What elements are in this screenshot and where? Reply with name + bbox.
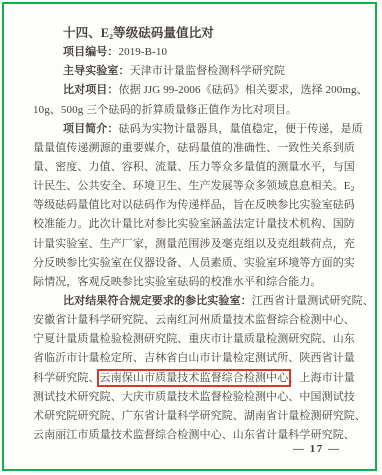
text-segment: 分反映参比实验室在仪器设备、人员素质、实验室环境等方面的实 — [33, 257, 355, 269]
text-line: 量、密度、力值、容积、流量、压力等众多量值的测量水平，与国 — [33, 158, 355, 177]
text-segment: 量、密度、力值、容积、流量、压力等众多量值的测量水平，与国 — [33, 161, 355, 173]
text-line: 比对结果符合规定要求的参比实验室：江西省计量测试研究院、 — [33, 292, 355, 311]
text-segment: 计量实验室、生产厂家，测量范围涉及毫克组以及克组载荷点，充 — [33, 238, 355, 250]
text-line: 安徽省计量科学研究院、云南红河州质量技术监督综合检测中心、 — [33, 311, 355, 330]
text-segment: 校准能力。此次计量比对参比实验室涵盖法定计量技术机构、国防 — [33, 218, 355, 230]
text-segment: 江西省计量测试研究院、 — [252, 295, 374, 307]
text-segment: 、上海市计量 — [288, 372, 355, 384]
text-segment: 项目编号： — [63, 46, 119, 58]
text-segment: 比对项目： — [63, 84, 119, 96]
text-line: 量量值传递溯源的重要媒介，砝码量值的准确性、一致性关系到质 — [33, 139, 355, 158]
text-segment: 科学研究院、 — [33, 372, 100, 384]
text-segment: 10g、500g 三个砝码的折算质量修正值作为比对项目。 — [33, 104, 297, 116]
text-line: 际情况，客观反映参比实验室砝码的校准水平和综合能力。 — [33, 273, 355, 292]
text-segment: 项目简介： — [63, 123, 119, 135]
text-line: 项目简介：砝码为实物计量器具，量值稳定，便于传递，是质 — [33, 120, 355, 139]
document-title: 十四、E2等级砝码量值比对 — [33, 24, 355, 43]
text-line: 10g、500g 三个砝码的折算质量修正值作为比对项目。 — [33, 101, 355, 120]
text-segment: 省临沂市计量检定所、吉林省白山市计量检定测试所、陕西省计量 — [33, 352, 355, 364]
text-segment: 2 — [351, 184, 355, 193]
text-segment: 宁夏计量质量检验检测研究院、重庆市计量质量检测研究院、山东 — [33, 333, 355, 345]
text-line: 比对项目：依据 JJG 99-2006《砝码》相关要求，选择 200mg、 — [33, 81, 355, 100]
text-line: 主导实验室：天津市计量监督检测科学研究院 — [33, 62, 355, 81]
text-segment: 2019-B-10 — [119, 46, 168, 58]
text-line: 省临沂市计量检定所、吉林省白山市计量检定测试所、陕西省计量 — [33, 349, 355, 368]
text-segment: 依据 JJG 99-2006《砝码》相关要求，选择 200mg、 — [119, 84, 368, 96]
text-line: 项目编号：2019-B-10 — [33, 43, 355, 62]
highlight-box: 云南保山市质量技术监督综合检测中心 — [100, 372, 289, 384]
text-line: 等级砝码量值比对以砝码作为传递样品，旨在反映参比实验室砝码 — [33, 196, 355, 215]
text-line: 计民生、公共安全、环境卫生、生产发展等众多领域息息相关。E2 — [33, 177, 355, 196]
text-segment: 际情况，客观反映参比实验室砝码的校准水平和综合能力。 — [33, 276, 322, 288]
text-segment: 主导实验室： — [63, 65, 130, 77]
text-line: 宁夏计量质量检验检测研究院、重庆市计量质量检测研究院、山东 — [33, 330, 355, 349]
text-segment: 十四、E — [63, 26, 109, 40]
text-segment: 等级砝码量值比对以砝码作为传递样品，旨在反映参比实验室砝码 — [33, 199, 355, 211]
text-segment: 等级砝码量值比对 — [113, 26, 214, 40]
text-segment: 砝码为实物计量器具，量值稳定，便于传递，是质 — [119, 123, 363, 135]
scanned-document-page: 十四、E2等级砝码量值比对项目编号：2019-B-10主导实验室：天津市计量监督… — [0, 0, 382, 475]
text-line: 科学研究院、云南保山市质量技术监督综合检测中心、上海市计量 — [33, 369, 355, 388]
text-segment: 天津市计量监督检测科学研究院 — [130, 65, 285, 77]
text-segment: 量量值传递溯源的重要媒介，砝码量值的准确性、一致性关系到质 — [33, 142, 355, 154]
text-segment: 计民生、公共安全、环境卫生、生产发展等众多领域息息相关。E — [33, 180, 351, 192]
page-number: — 17 — — [293, 443, 341, 455]
text-line: 测试技术研究院、大庆市质量技术监督检验检测中心、中国测试技 — [33, 388, 355, 407]
text-segment: 比对结果符合规定要求的参比实验室： — [63, 295, 252, 307]
document-body: 十四、E2等级砝码量值比对项目编号：2019-B-10主导实验室：天津市计量监督… — [33, 24, 355, 445]
text-line: 分反映参比实验室在仪器设备、人员素质、实验室环境等方面的实 — [33, 254, 355, 273]
text-segment: 测试技术研究院、大庆市质量技术监督检验检测中心、中国测试技 — [33, 391, 355, 403]
text-line: 术研究院研究院、广东省计量科学研究院、湖南省计量检测研究院、 — [33, 407, 355, 426]
text-line: 校准能力。此次计量比对参比实验室涵盖法定计量技术机构、国防 — [33, 215, 355, 234]
text-line: 计量实验室、生产厂家，测量范围涉及毫克组以及克组载荷点，充 — [33, 235, 355, 254]
text-segment: 术研究院研究院、广东省计量科学研究院、湖南省计量检测研究院、 — [33, 410, 366, 422]
text-segment: 云南丽江市质量技术监督综合检测中心、山东省计量科学研究院、 — [33, 429, 355, 441]
text-segment: 安徽省计量科学研究院、云南红河州质量技术监督综合检测中心、 — [33, 314, 355, 326]
